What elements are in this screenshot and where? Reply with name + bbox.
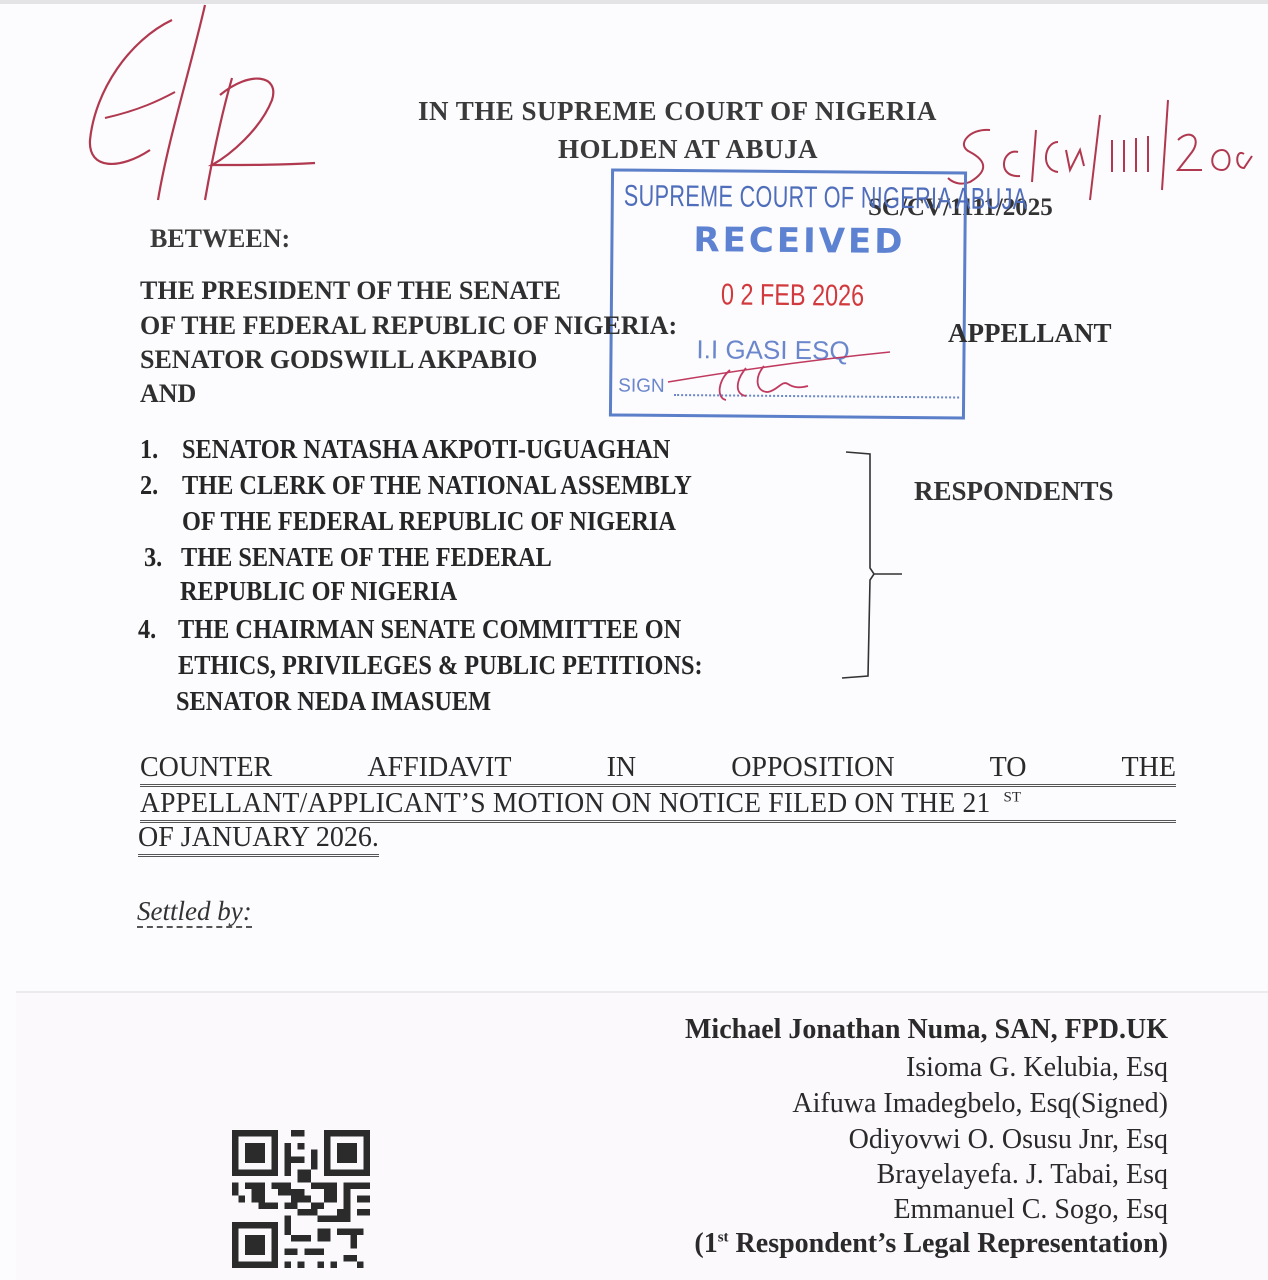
appellant-line-1: THE PRESIDENT OF THE SENATE xyxy=(140,276,561,306)
respondent-2-number: 2. xyxy=(140,470,158,501)
respondent-4-line-2: ETHICS, PRIVILEGES & PUBLIC PETITIONS: xyxy=(178,650,703,681)
respondent-2-line-2: OF THE FEDERAL REPUBLIC OF NIGERIA xyxy=(182,506,676,537)
counsel-name: Emmanuel C. Sogo, Esq xyxy=(893,1194,1168,1226)
respondent-3-line-1: THE SENATE OF THE FEDERAL xyxy=(181,542,552,573)
respondent-1-number: 1. xyxy=(140,434,158,465)
respondents-role: RESPONDENTS xyxy=(914,476,1114,507)
appellant-line-3: SENATOR GODSWILL AKPABIO xyxy=(140,345,537,375)
representation-sup: st xyxy=(718,1230,729,1246)
respondent-1-line-1: SENATOR NATASHA AKPOTI-UGUAGHAN xyxy=(182,434,670,465)
legal-representation-label: (1st Respondent’s Legal Representation) xyxy=(694,1228,1168,1260)
representation-suffix: Respondent’s Legal Representation) xyxy=(729,1228,1168,1259)
representation-prefix: (1 xyxy=(694,1228,717,1259)
respondent-4-number: 4. xyxy=(138,614,156,645)
appellant-line-2: OF THE FEDERAL REPUBLIC OF NIGERIA: xyxy=(140,311,677,341)
counsel-name: Odiyovwi O. Osusu Jnr, Esq xyxy=(849,1124,1168,1156)
title-word: IN xyxy=(607,752,637,784)
stamp-court-name: SUPREME COURT OF NIGERIA ABUJA xyxy=(624,180,1028,218)
settled-by-label: Settled by: xyxy=(137,896,252,928)
between-label: BETWEEN: xyxy=(150,224,290,254)
respondent-4-line-3: SENATOR NEDA IMASUEM xyxy=(176,686,491,717)
respondent-4-line-1: THE CHAIRMAN SENATE COMMITTEE ON xyxy=(178,614,681,645)
counsel-name: Aifuwa Imadegbelo, Esq(Signed) xyxy=(792,1088,1168,1120)
title-word: THE xyxy=(1122,752,1176,784)
qr-code-icon[interactable] xyxy=(232,1130,370,1268)
stamp-date: 0 2 FEB 2026 xyxy=(721,278,864,313)
document-title-line-3: OF JANUARY 2026. xyxy=(138,822,379,857)
respondent-3-number: 3. xyxy=(144,542,162,573)
respondent-2-line-1: THE CLERK OF THE NATIONAL ASSEMBLY xyxy=(182,470,692,501)
stamp-status: RECEIVED xyxy=(693,220,905,262)
title-line-2-text: APPELLANT/APPLICANT’S MOTION ON NOTICE F… xyxy=(140,788,991,820)
appellant-role: APPELLANT xyxy=(948,318,1112,349)
title-line-2-sup: ST xyxy=(1003,790,1021,806)
title-word: COUNTER xyxy=(140,752,272,784)
handwritten-initials xyxy=(60,0,360,200)
and-label: AND xyxy=(140,379,196,409)
title-word: OPPOSITION xyxy=(731,752,894,784)
page-fold-divider xyxy=(16,991,1268,993)
document-title-line-1: COUNTER AFFIDAVIT IN OPPOSITION TO THE xyxy=(140,752,1176,787)
court-title: IN THE SUPREME COURT OF NIGERIA xyxy=(418,96,937,127)
counsel-name: Isioma G. Kelubia, Esq xyxy=(906,1052,1168,1084)
document-title-line-2: APPELLANT/APPLICANT’S MOTION ON NOTICE F… xyxy=(140,788,1176,823)
counsel-name: Brayelayefa. J. Tabai, Esq xyxy=(877,1159,1168,1191)
title-word: TO xyxy=(990,752,1027,784)
lead-counsel: Michael Jonathan Numa, SAN, FPD.UK xyxy=(685,1014,1168,1046)
stamp-sign-label: SIGN xyxy=(618,376,665,398)
respondent-3-line-2: REPUBLIC OF NIGERIA xyxy=(180,576,457,607)
respondents-bracket xyxy=(840,448,920,683)
court-location: HOLDEN AT ABUJA xyxy=(558,134,818,165)
title-word: AFFIDAVIT xyxy=(367,752,511,784)
stamp-signature xyxy=(660,340,900,410)
